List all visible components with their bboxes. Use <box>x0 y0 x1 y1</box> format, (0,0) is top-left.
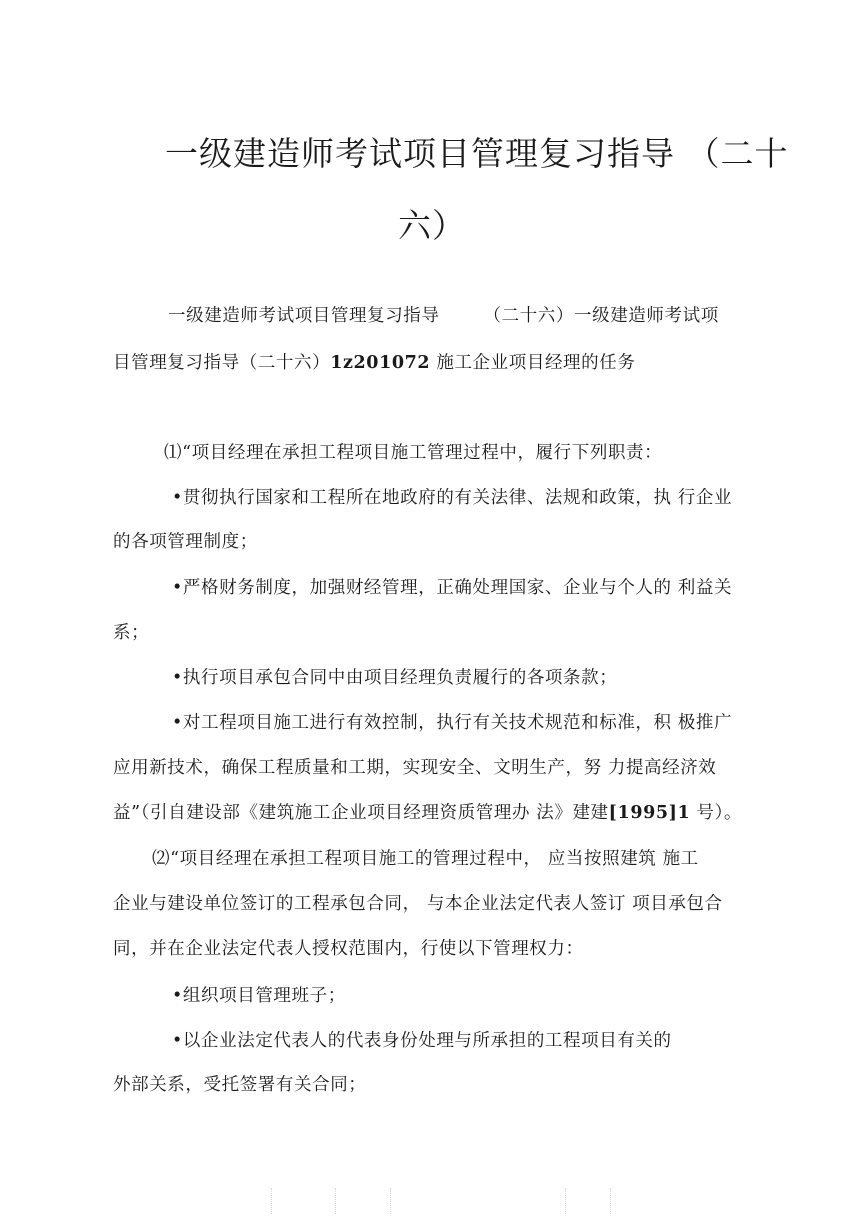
section1-bullet-3-line-1: •执行项目承包合同中由项目经理负责履行的各项条款； <box>172 664 617 689</box>
artifact-dots <box>390 1188 392 1214</box>
citation-text: 益”（引自建设部《建筑施工企业项目经理资质管理办 法》建建 <box>113 803 609 823</box>
section2-line-1: ⑵“项目经理在承担工程项目施工的管理过程中， 应当按照建筑 施工 <box>152 845 699 870</box>
citation-code: [1995]1 <box>609 803 691 823</box>
document-title-line-2: 六） <box>398 200 466 247</box>
section2-line-2: 企业与建设单位签订的工程承包合同， 与本企业法定代表人签订 项目承包合 <box>113 890 723 915</box>
section2-line-3: 同，并在企业法定代表人授权范围内，行使以下管理权力： <box>113 935 584 960</box>
intro-text: 目管理复习指导（二十六） <box>113 353 330 373</box>
intro-text: 一级建造师考试项目管理复习指导 <box>168 306 440 326</box>
artifact-dots <box>271 1188 273 1214</box>
intro-line-1: 一级建造师考试项目管理复习指导（二十六）一级建造师考试项 <box>168 302 719 327</box>
section2-bullet-2-line-2: 外部关系，受托签署有关合同； <box>113 1071 366 1096</box>
section1-bullet-4-line-1: •对工程项目施工进行有效控制，执行有关技术规范和标准，积 极推广 <box>172 709 732 734</box>
section2-bullet-2-line-1: •以企业法定代表人的代表身份处理与所承担的工程项目有关的 <box>172 1027 672 1052</box>
artifact-dots <box>610 1188 612 1214</box>
citation-text: 号）。 <box>690 803 742 823</box>
section1-heading: ⑴“项目经理在承担工程项目施工管理过程中，履行下列职责： <box>164 439 662 464</box>
intro-line-2: 目管理复习指导（二十六）1z201072 施工企业项目经理的任务 <box>113 349 635 374</box>
artifact-dots <box>335 1188 337 1214</box>
section1-bullet-2-line-1: •严格财务制度，加强财经管理，正确处理国家、企业与个人的 利益关 <box>172 574 732 599</box>
section1-bullet-4-line-2: 应用新技术，确保工程质量和工期，实现安全、文明生产，努 力提高经济效 <box>113 754 716 779</box>
intro-text: （二十六）一级建造师考试项 <box>484 306 719 326</box>
intro-text: 施工企业项目经理的任务 <box>430 353 635 373</box>
section2-bullet-1-line-1: •组织项目管理班子； <box>172 982 346 1007</box>
section-code: 1z201072 <box>330 353 430 373</box>
section1-bullet-1-line-2: 的各项管理制度； <box>113 528 258 553</box>
artifact-dots <box>565 1188 567 1214</box>
section1-bullet-2-line-2: 系； <box>113 619 149 644</box>
document-title-line-1: 一级建造师考试项目管理复习指导 （二十 <box>165 128 789 175</box>
section1-bullet-1-line-1: •贯彻执行国家和工程所在地政府的有关法律、法规和政策，执 行企业 <box>172 484 732 509</box>
section1-bullet-4-line-3: 益”（引自建设部《建筑施工企业项目经理资质管理办 法》建建[1995]1 号）。 <box>113 799 742 824</box>
